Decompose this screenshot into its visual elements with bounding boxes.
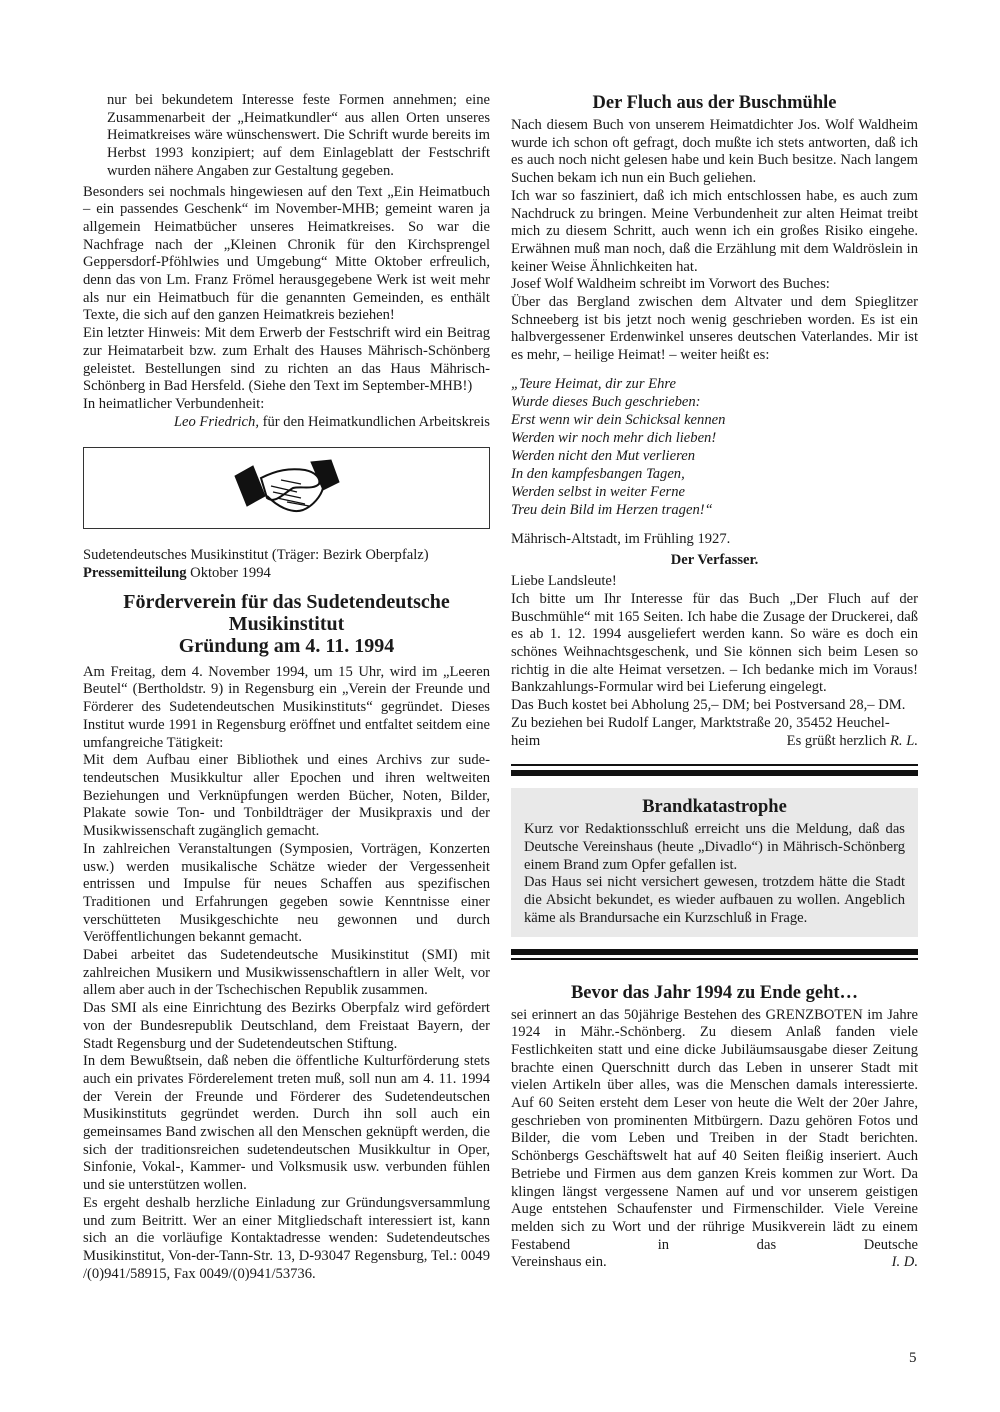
signature: Leo Friedrich, für den Heimatkundlichen … [83, 414, 490, 432]
signature-name: Leo Friedrich, [174, 414, 259, 430]
article-bevor: Bevor das Jahr 1994 zu Ende geht… sei er… [511, 982, 918, 1273]
poem-line: Wurde dieses Buch geschrieben: [511, 393, 918, 411]
poem-line: Werden wir noch mehr dich lieben! [511, 429, 918, 447]
press-paragraph: In zahlreichen Veranstaltungen (Symposie… [83, 841, 490, 947]
bevor-last-line: Vereinshaus ein. I. D. [511, 1254, 918, 1272]
article-fluch: Der Fluch aus der Buschmühle Nach diesem… [511, 92, 918, 750]
fluch-paragraph: Nach diesem Buch von unserem Heimatdicht… [511, 117, 918, 188]
article-brand-title: Brandkatastrophe [524, 796, 905, 818]
press-paragraph: Es ergeht deshalb herzliche Einladung zu… [83, 1195, 490, 1284]
fluch-paragraph: Josef Wolf Waldheim schreibt im Vorwort … [511, 276, 918, 294]
greeting: Liebe Landsleute! [511, 573, 918, 591]
fluch-paragraph: Über das Bergland zwischen dem Altvater … [511, 294, 918, 365]
handshake-image-box [83, 447, 490, 529]
order-address-end: heim [511, 733, 540, 751]
closing-line: In heimatlicher Verbundenheit: [83, 396, 490, 414]
press-paragraph: Am Freitag, dem 4. November 1994, um 15 … [83, 664, 490, 753]
page-number: 5 [909, 1350, 917, 1367]
divider-thick [511, 770, 918, 776]
order-address-last-line: heim Es grüßt herzlich R. L. [511, 733, 918, 751]
press-paragraph: In dem Bewußtsein, daß neben die öffentl… [83, 1053, 490, 1195]
article-fluch-title: Der Fluch aus der Buschmühle [511, 92, 918, 114]
fluch-signature-text: Es grüßt herzlich [787, 733, 890, 749]
right-column: Der Fluch aus der Buschmühle Nach diesem… [511, 92, 918, 1272]
poem-line: Werden selbst in weiter Ferne [511, 483, 918, 501]
press-label: Pressemitteilung Oktober 1994 [83, 565, 490, 583]
poem-line: Werden nicht den Mut verlieren [511, 447, 918, 465]
fluch-paragraph: Ich war so fasziniert, daß ich mich ents… [511, 188, 918, 277]
left-column: nur bei bekundetem Interesse feste Forme… [83, 92, 490, 1283]
paragraph-hinweis: Ein letzter Hinweis: Mit dem Erwerb der … [83, 325, 490, 396]
bevor-last-text: Vereinshaus ein. [511, 1254, 607, 1272]
press-release: Sudetendeutsches Musikinstitut (Träger: … [83, 547, 490, 1283]
price-paragraph: Das Buch kostet bei Abholung 25,– DM; be… [511, 697, 918, 715]
press-headline-line-3: Gründung am 4. 11. 1994 [83, 635, 490, 657]
poem-line: „Teure Heimat, dir zur Ehre [511, 375, 918, 393]
press-label-bold: Pressemitteilung [83, 565, 187, 581]
author-line: Der Verfasser. [511, 552, 918, 570]
poem-line: Erst wenn wir dein Schicksal kennen [511, 411, 918, 429]
fluch-signature-initials: R. L. [890, 733, 918, 749]
order-address: Zu beziehen bei Rudolf Langer, Marktstra… [511, 715, 918, 733]
article-brand: Brandkatastrophe Kurz vor Redaktionsschl… [511, 788, 918, 936]
press-headline-line-1: Förderverein für das Sudetendeutsche [83, 591, 490, 613]
article-bevor-title: Bevor das Jahr 1994 zu Ende geht… [511, 982, 918, 1004]
bevor-body: sei erinnert an das 50jährige Bestehen d… [511, 1007, 918, 1255]
paragraph-heimatbuch: Besonders sei nochmals hingewiesen auf d… [83, 184, 490, 326]
brand-paragraph: Das Haus sei nicht versichert gewesen, t… [524, 874, 905, 927]
press-source: Sudetendeutsches Musikinstitut (Träger: … [83, 547, 490, 565]
press-paragraph: Dabei arbeitet das Sudetendeutsche Musik… [83, 947, 490, 1000]
press-label-date: Oktober 1994 [187, 565, 271, 581]
bevor-initials: I. D. [892, 1254, 918, 1272]
intro-paragraph: nur bei bekundetem Interesse feste Forme… [83, 92, 490, 181]
brand-paragraph: Kurz vor Redaktionsschluß erreicht uns d… [524, 821, 905, 874]
poem: „Teure Heimat, dir zur Ehre Wurde dieses… [511, 375, 918, 519]
poem-line: Treu dein Bild im Herzen tragen!“ [511, 501, 918, 519]
poem-line: In den kampfesbangen Tagen, [511, 465, 918, 483]
divider-thick [511, 949, 918, 955]
divider-thin [511, 764, 918, 766]
press-paragraph: Mit dem Aufbau einer Bibliothek und eine… [83, 752, 490, 841]
fluch-paragraph: Ich bitte um Ihr Interesse für das Buch … [511, 591, 918, 697]
divider-thin [511, 958, 918, 960]
signature-role: für den Heimatkundlichen Arbeitskreis [259, 414, 490, 430]
press-headline-line-2: Musikinstitut [83, 613, 490, 635]
fluch-signature: Es grüßt herzlich R. L. [787, 733, 918, 751]
press-paragraph: Das SMI als eine Einrichtung des Bezirks… [83, 1000, 490, 1053]
handshake-icon [227, 456, 347, 520]
place-date: Mährisch-Altstadt, im Frühling 1927. [511, 531, 918, 549]
press-headline: Förderverein für das Sudetendeutsche Mus… [83, 591, 490, 657]
